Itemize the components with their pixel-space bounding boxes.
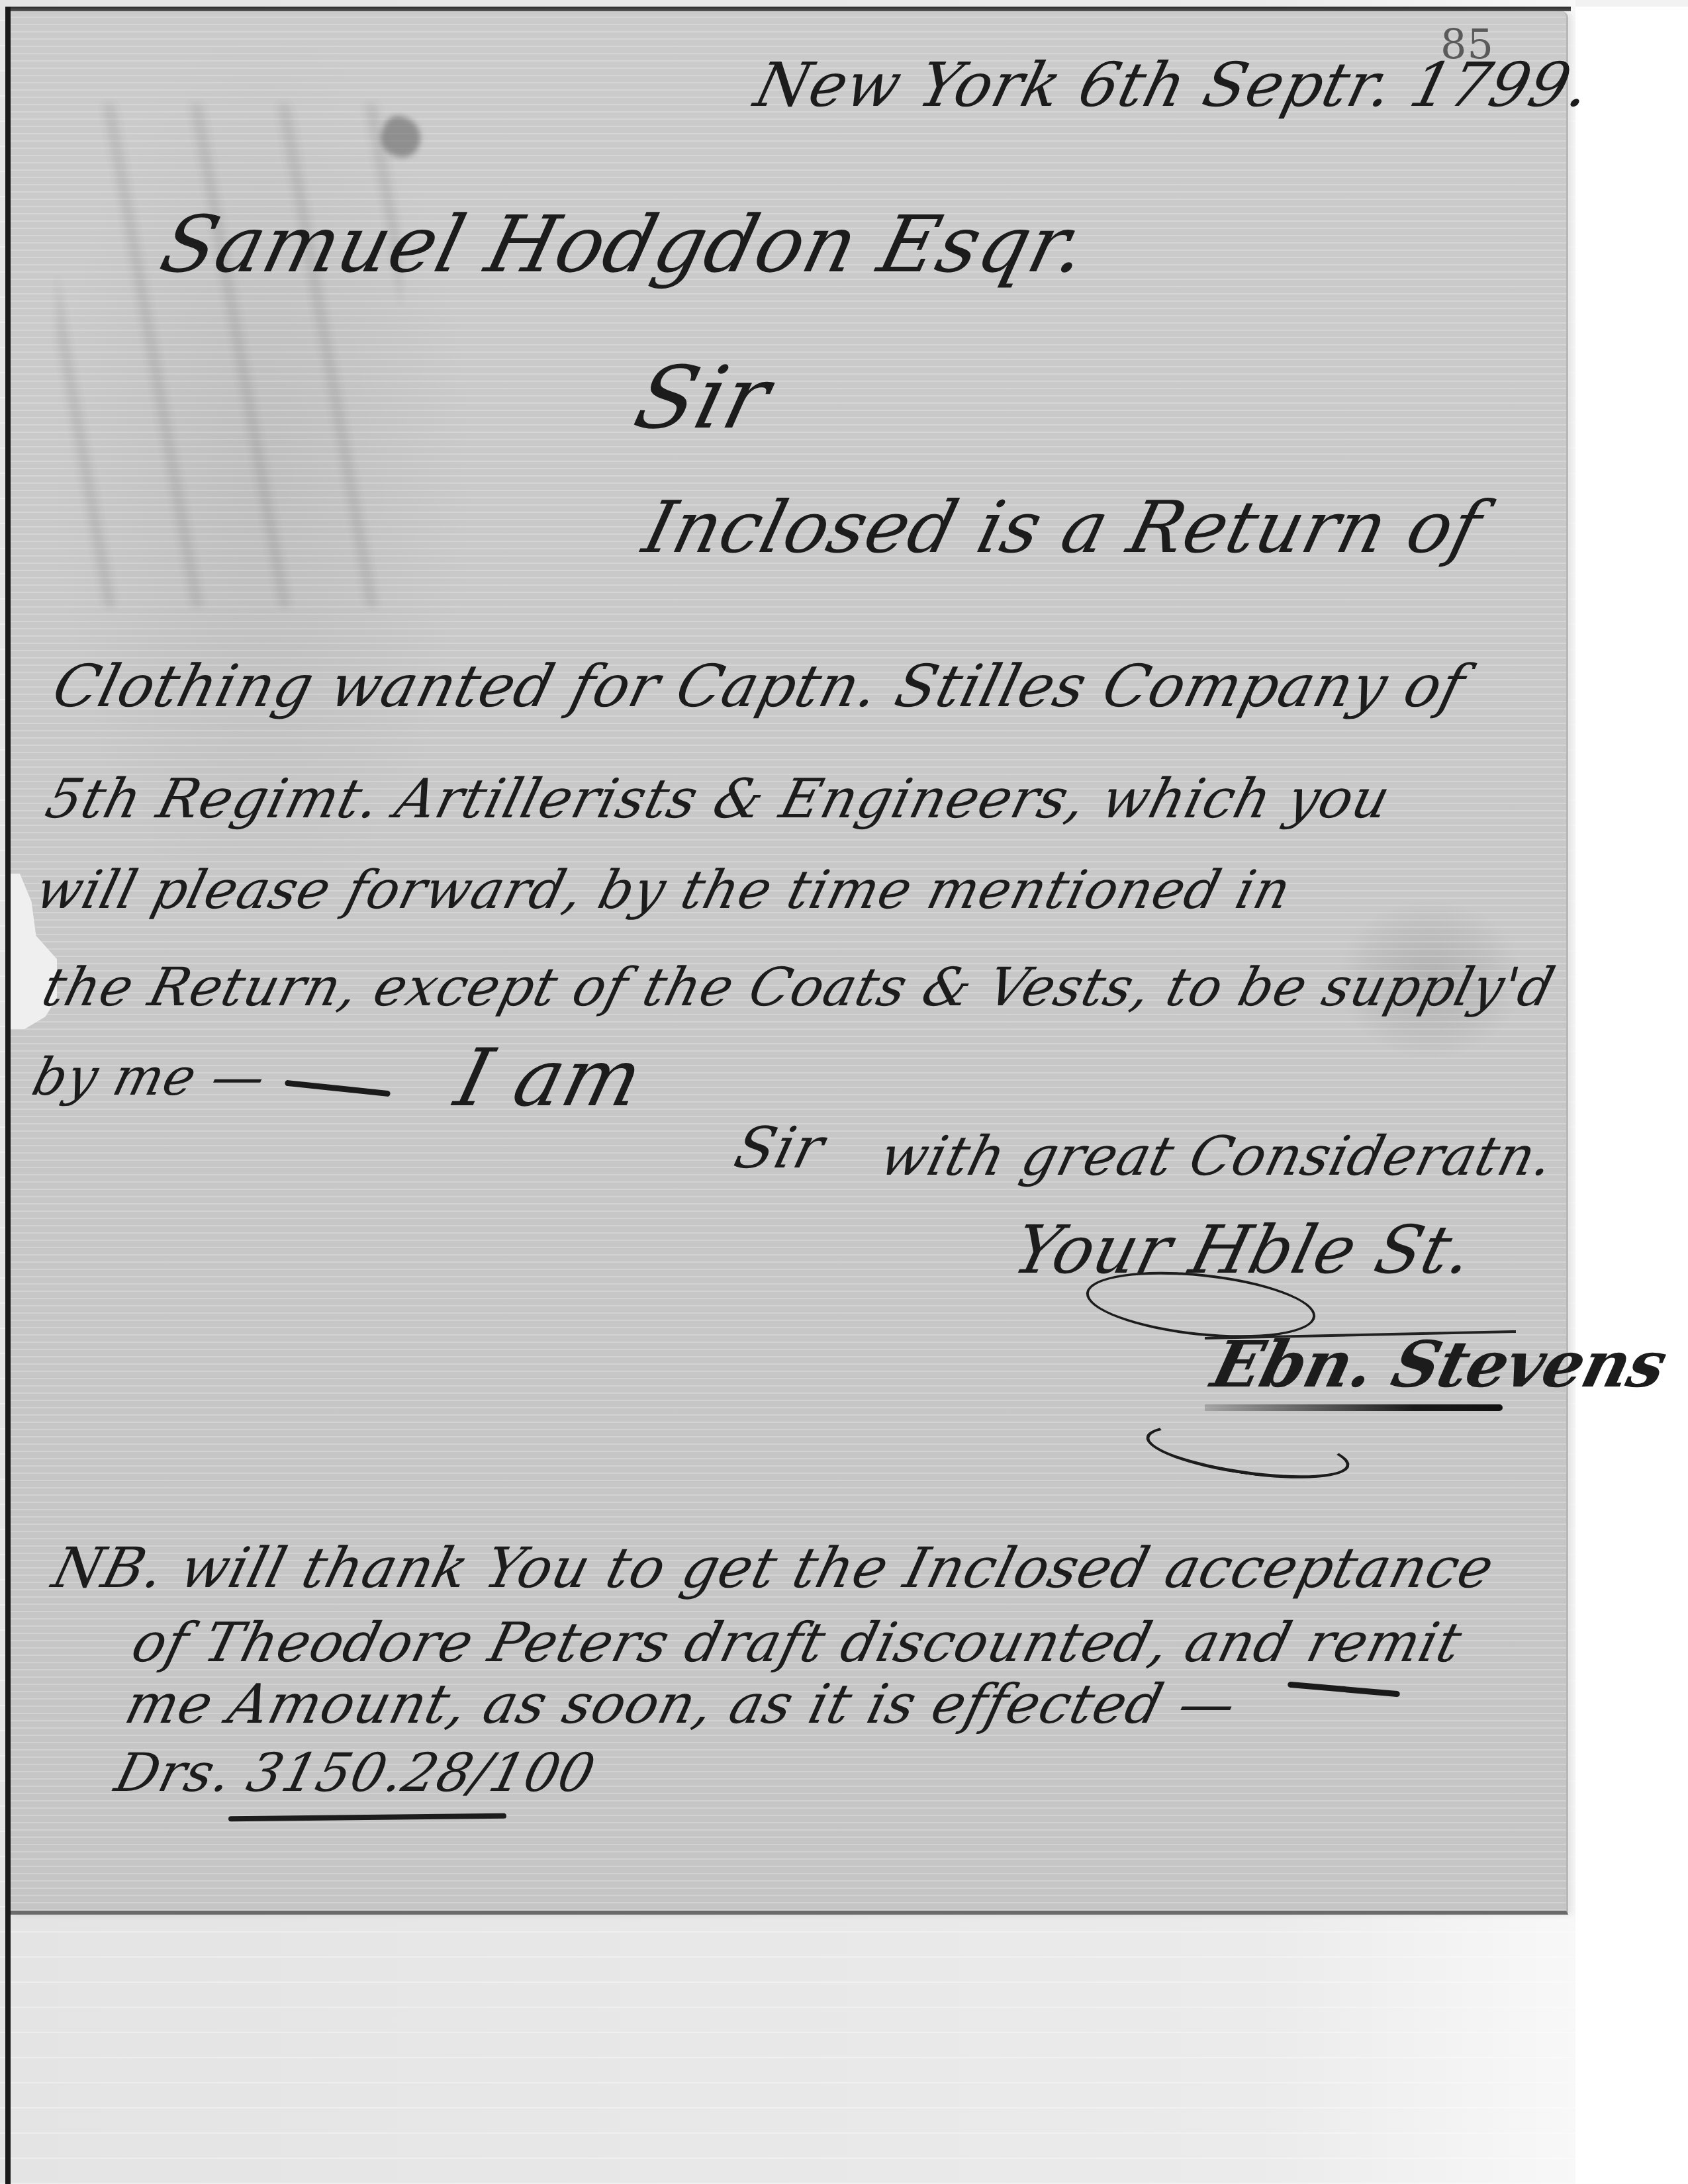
closing-servant: Your Hble St. [1006,1211,1481,1289]
bleed-through-text [57,104,401,607]
signature: Ebn. Stevens [1205,1327,1674,1402]
postscript-line-1: NB. will thank You to get the Inclosed a… [46,1535,1501,1600]
dateline: New York 6th Septr. 1799. [748,50,1599,120]
scan-edge-left [5,7,11,2184]
postscript-amount: Drs. 3150.28/100 [109,1742,602,1803]
postscript-line-2: of Theodore Peters draft discounted, and… [126,1612,1468,1674]
body-line-6: by me — [26,1048,272,1107]
postscript-line-3: me Amount, as soon, as it is effected — [119,1673,1243,1736]
scan-edge-top [5,7,1571,11]
closing-consideration: with great Consideratn. [874,1125,1560,1188]
closing-sir: Sir [728,1115,831,1181]
addressee: Samuel Hodgdon Esqr. [152,199,1097,290]
signature-underline [1205,1404,1503,1411]
body-line-1: Inclosed is a Return of [635,486,1490,569]
body-line-5: the Return, except of the Coats & Vests,… [36,956,1562,1018]
body-line-3: 5th Regimt. Artillerists & Engineers, wh… [40,768,1397,831]
body-line-2: Clothing wanted for Captn. Stilles Compa… [46,652,1472,720]
closing-i-am: I am [447,1032,652,1124]
salutation: Sir [626,347,780,448]
body-line-4: will please forward, by the time mention… [30,859,1297,921]
